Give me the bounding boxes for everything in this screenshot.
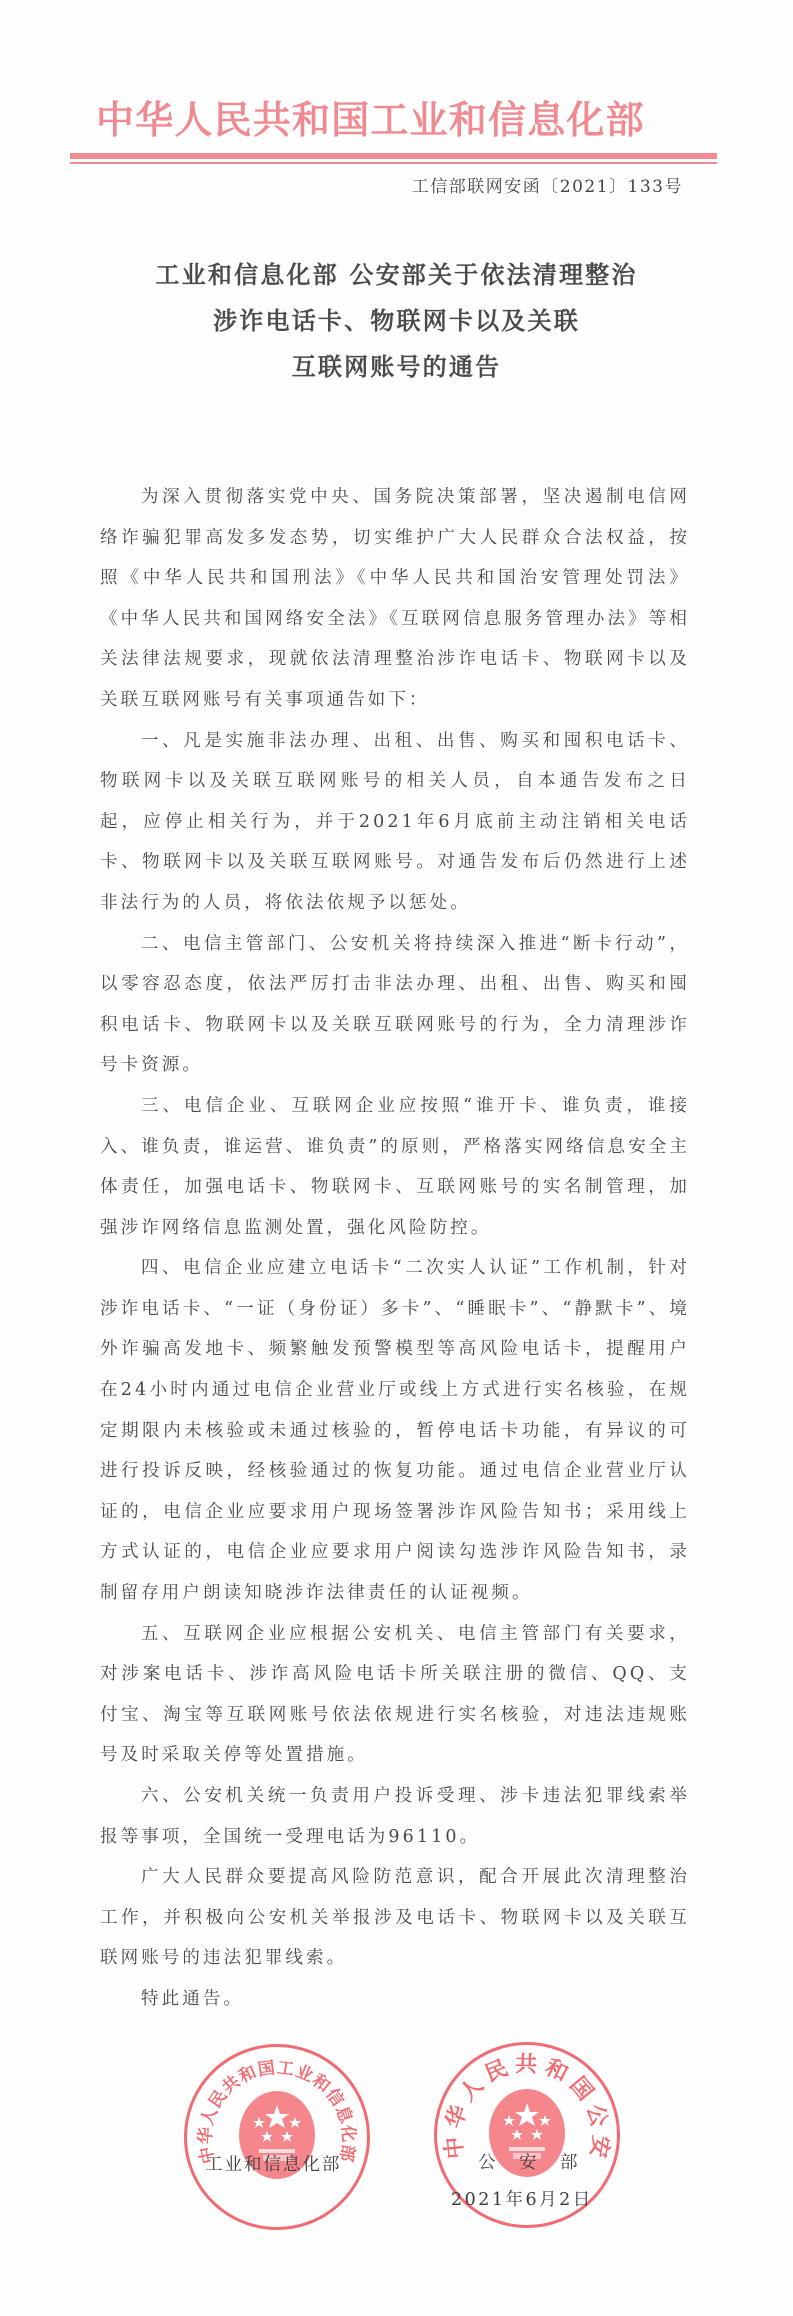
paragraph-closing: 特此通告。 xyxy=(100,1979,690,2020)
signature-mps: 公 安 部 xyxy=(478,2151,581,2175)
masthead-title: 中华人民共和国工业和信息化部 xyxy=(96,96,696,144)
masthead-rule-thick xyxy=(70,153,717,159)
document-page: 中华人民共和国工业和信息化部 工信部联网安函〔2021〕133号 工业和信息化部… xyxy=(0,0,793,2316)
signature-date: 2021年6月2日 xyxy=(451,2188,593,2212)
document-title: 工业和信息化部 公安部关于依法清理整治 涉诈电话卡、物联网卡以及关联 互联网账号… xyxy=(0,252,793,390)
paragraph-item-6: 六、公安机关统一负责用户投诉受理、涉卡违法犯罪线索举报等事项，全国统一受理电话为… xyxy=(100,1776,690,1857)
title-line-2: 涉诈电话卡、物联网卡以及关联 xyxy=(0,298,793,344)
title-line-3: 互联网账号的通告 xyxy=(0,344,793,390)
miit-seal-icon: 中华人民共和国工业和信息化部 xyxy=(184,2044,370,2230)
title-line-1: 工业和信息化部 公安部关于依法清理整治 xyxy=(0,252,793,298)
paragraph-item-5: 五、互联网企业应根据公安机关、电信主管部门有关要求，对涉案电话卡、涉诈高风险电话… xyxy=(100,1614,690,1776)
paragraph-item-1: 一、凡是实施非法办理、出租、出售、购买和囤积电话卡、物联网卡以及关联互联网账号的… xyxy=(100,721,690,924)
masthead-rule-thin xyxy=(70,162,717,164)
signature-miit: 工业和信息化部 xyxy=(205,2153,342,2177)
paragraph-appeal: 广大人民群众要提高风险防范意识，配合开展此次清理整治工作，并积极向公安机关举报涉… xyxy=(100,1857,690,1979)
national-emblem-icon: 中华人民共和国工业和信息化部 xyxy=(187,2047,367,2227)
paragraph-item-4: 四、电信企业应建立电话卡“二次实人认证”工作机制，针对涉诈电话卡、“一证（身份证… xyxy=(100,1248,690,1613)
paragraph-item-2: 二、电信主管部门、公安机关将持续深入推进“断卡行动”，以零容忍态度，依法严厉打击… xyxy=(100,924,690,1086)
document-number: 工信部联网安函〔2021〕133号 xyxy=(412,175,683,199)
document-body: 为深入贯彻落实党中央、国务院决策部署，坚决遏制电信网络诈骗犯罪高发多发态势，切实… xyxy=(100,477,690,2020)
paragraph-intro: 为深入贯彻落实党中央、国务院决策部署，坚决遏制电信网络诈骗犯罪高发多发态势，切实… xyxy=(100,477,690,721)
paragraph-item-3: 三、电信企业、互联网企业应按照“谁开卡、谁负责，谁接入、谁负责，谁运营、谁负责”… xyxy=(100,1086,690,1248)
